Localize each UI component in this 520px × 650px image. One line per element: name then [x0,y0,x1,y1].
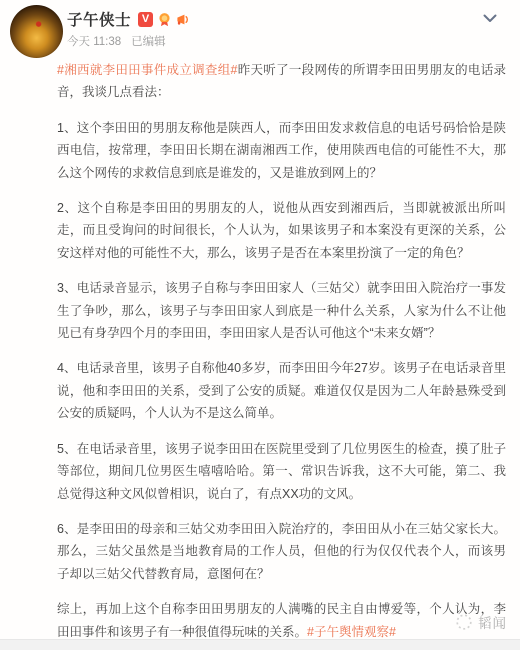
post-meta: 今天 11:38已编辑 [67,33,191,49]
post-content: #湘西就李田田事件成立调查组#昨天听了一段网传的所谓李田田男朋友的电话录音，我谈… [57,59,506,643]
paragraph-5: 5、在电话录音里，该男子说李田田在医院里受到了几位男医生的检查，摸了肚子等部位，… [57,438,506,505]
author-name[interactable]: 子午侠士 [67,8,131,30]
verified-v-icon: V [138,12,153,27]
edited-label: 已编辑 [131,36,166,48]
closing-paragraph: 综上，再加上这个自称李田田男朋友的人满嘴的民主自由博爱等，个人认为，李田田事件和… [57,598,506,643]
paragraph-6: 6、是李田田的母亲和三姑父劝李田田入院治疗的，李田田从小在三姑父家长大。那么，三… [57,518,506,585]
bottom-divider-bar [0,639,520,650]
avatar[interactable] [10,5,63,58]
chevron-down-icon[interactable] [482,13,498,24]
medal-icon [157,12,172,27]
paragraph-2: 2、这个自称是李田田的男朋友的人，说他从西安到湘西后，当即就被派出所叫走，而且受… [57,197,506,264]
paragraph-3: 3、电话录音显示，该男子自称与李田田家人（三姑父）就李田田入院治疗一事发生了争吵… [57,277,506,344]
topic-hashtag-link[interactable]: #湘西就李田田事件成立调查组# [57,63,237,77]
megaphone-icon [176,12,191,27]
paragraph-1: 1、这个李田田的男朋友称他是陕西人，而李田田发求救信息的电话号码恰恰是陕西电信，… [57,117,506,184]
timestamp: 今天 11:38 [67,36,121,48]
watermark-label: 韬闻 [478,612,507,632]
closing-hashtag-link[interactable]: #子午舆情观察# [307,625,396,639]
post-header: 子午侠士 V 今天 11:38已编辑 [0,0,520,58]
intro-paragraph: #湘西就李田田事件成立调查组#昨天听了一段网传的所谓李田田男朋友的电话录音，我谈… [57,59,506,104]
watermark-logo-icon [455,613,473,631]
paragraph-4: 4、电话录音里，该男子自称他40多岁，而李田田今年27岁。该男子在电话录音里说，… [57,357,506,424]
watermark: 韬闻 [455,612,507,632]
closing-text: 综上，再加上这个自称李田田男朋友的人满嘴的民主自由博爱等，个人认为，李田田事件和… [57,602,506,638]
